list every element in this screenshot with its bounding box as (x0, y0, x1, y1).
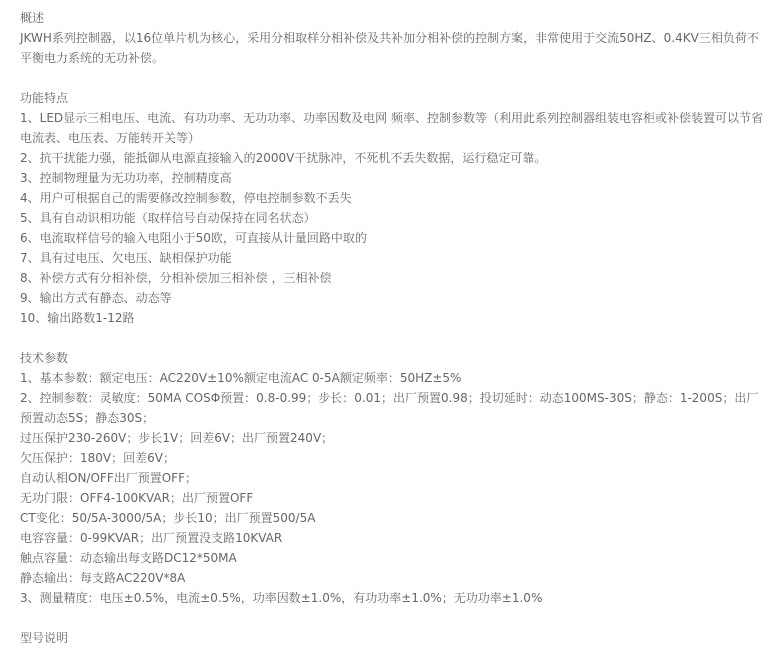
specs-heading: 技术参数 (20, 348, 770, 368)
model-heading: 型号说明 (20, 628, 770, 648)
spacer (20, 68, 770, 88)
feature-item: 5、具有自动识相功能（取样信号自动保持在同名状态） (20, 208, 770, 228)
spec-item: 无功门限：OFF4-100KVAR；出厂预置OFF (20, 488, 770, 508)
spec-item: 1、基本参数：额定电压：AC220V±10%额定电流AC 0-5A额定频率：50… (20, 368, 770, 388)
spec-item: 欠压保护：180V；回差6V； (20, 448, 770, 468)
feature-item: 9、输出方式有静态、动态等 (20, 288, 770, 308)
spec-item: CT变化：50/5A-3000/5A；步长10；出厂预置500/5A (20, 508, 770, 528)
feature-item: 2、抗干扰能力强，能抵御从电源直接输入的2000V干扰脉冲，不死机不丢失数据，运… (20, 148, 770, 168)
spec-item: 自动认相ON/OFF出厂预置OFF； (20, 468, 770, 488)
spec-item: 过压保护230-260V；步长1V；回差6V；出厂预置240V； (20, 428, 770, 448)
overview-heading: 概述 (20, 8, 770, 28)
feature-item: 4、用户可根据自己的需要修改控制参数，停电控制参数不丢失 (20, 188, 770, 208)
product-description: 概述 JKWH系列控制器，以16位单片机为核心，采用分相取样分相补偿及共补加分相… (20, 8, 770, 648)
features-heading: 功能特点 (20, 88, 770, 108)
feature-item: 8、补偿方式有分相补偿，分相补偿加三相补偿 ，三相补偿 (20, 268, 770, 288)
spacer (20, 608, 770, 628)
feature-item: 1、LED显示三相电压、电流、有功功率、无功功率、功率因数及电网 频率、控制参数… (20, 108, 770, 148)
spacer (20, 328, 770, 348)
feature-item: 10、输出路数1-12路 (20, 308, 770, 328)
spec-item: 静态输出：每支路AC220V*8A (20, 568, 770, 588)
feature-item: 6、电流取样信号的输入电阻小于50欧，可直接从计量回路中取的 (20, 228, 770, 248)
feature-item: 7、具有过电压、欠电压、缺相保护功能 (20, 248, 770, 268)
spec-item: 电容容量：0-99KVAR；出厂预置没支路10KVAR (20, 528, 770, 548)
overview-text: JKWH系列控制器，以16位单片机为核心，采用分相取样分相补偿及共补加分相补偿的… (20, 28, 770, 68)
spec-item: 触点容量：动态输出每支路DC12*50MA (20, 548, 770, 568)
spec-item: 3、测量精度：电压±0.5%，电流±0.5%，功率因数±1.0%，有功功率±1.… (20, 588, 770, 608)
feature-item: 3、控制物理量为无功功率，控制精度高 (20, 168, 770, 188)
spec-item: 2、控制参数：灵敏度：50MA COSΦ预置：0.8-0.99；步长：0.01；… (20, 388, 770, 428)
